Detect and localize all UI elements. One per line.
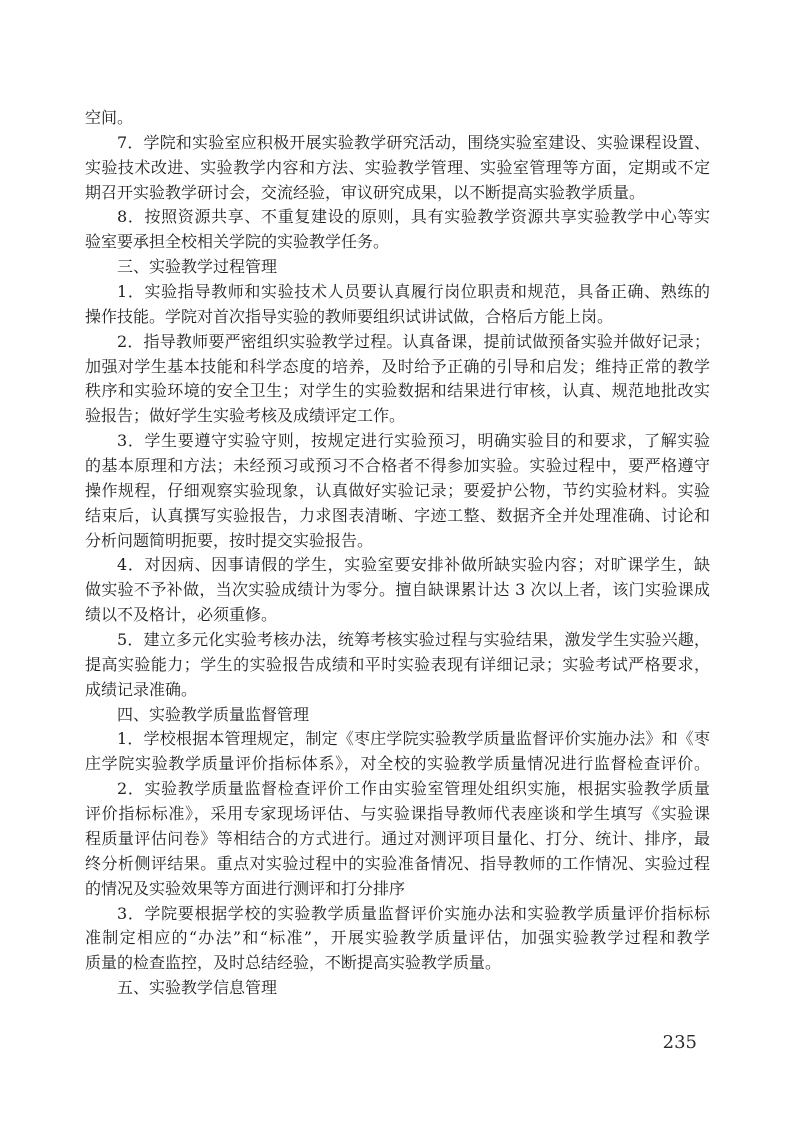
text-line: 7．学院和实验室应积极开展实验教学研究活动，围绕实验室建设、实验课程设置、 bbox=[85, 131, 710, 156]
text-line: 空间。 bbox=[85, 106, 710, 131]
text-line: 的情况及实验效果等方面进行测评和打分排序 bbox=[85, 877, 710, 902]
text-line: 4．对因病、因事请假的学生，实验室要安排补做所缺实验内容；对旷课学生，缺 bbox=[85, 553, 710, 578]
text-line: 做实验不予补做，当次实验成绩计为零分。擅自缺课累计达 3 次以上者，该门实验课成 bbox=[85, 578, 710, 603]
text-block: 空间。7．学院和实验室应积极开展实验教学研究活动，围绕实验室建设、实验课程设置、… bbox=[85, 106, 710, 1001]
text-line: 终分析侧评结果。重点对实验过程中的实验准备情况、指导教师的工作情况、实验过程 bbox=[85, 852, 710, 877]
text-line: 实验技术改进、实验教学内容和方法、实验教学管理、实验室管理等方面，定期或不定 bbox=[85, 156, 710, 181]
text-line: 庄学院实验教学质量评价指标体系》，对全校的实验教学质量情况进行监督检查评价。 bbox=[85, 752, 710, 777]
text-line: 1．学校根据本管理规定，制定《枣庄学院实验教学质量监督评价实施办法》和《枣 bbox=[85, 727, 710, 752]
text-line: 操作规程，仔细观察实验现象，认真做好实验记录；要爱护公物，节约实验材料。实验 bbox=[85, 479, 710, 504]
text-line: 四、实验教学质量监督管理 bbox=[85, 703, 710, 728]
text-line: 2．实验教学质量监督检查评价工作由实验室管理处组织实施，根据实验教学质量 bbox=[85, 777, 710, 802]
text-line: 加强对学生基本技能和科学态度的培养，及时给予正确的引导和启发；维持正常的教学 bbox=[85, 355, 710, 380]
text-line: 质量的检查监控，及时总结经验，不断提高实验教学质量。 bbox=[85, 951, 710, 976]
text-line: 操作技能。学院对首次指导实验的教师要组织试讲试做，合格后方能上岗。 bbox=[85, 305, 710, 330]
text-line: 验报告；做好学生实验考核及成绩评定工作。 bbox=[85, 404, 710, 429]
text-line: 5．建立多元化实验考核办法，统筹考核实验过程与实验结果，激发学生实验兴趣， bbox=[85, 628, 710, 653]
text-line: 2．指导教师要严密组织实验教学过程。认真备课，提前试做预备实验并做好记录； bbox=[85, 330, 710, 355]
text-line: 8．按照资源共享、不重复建设的原则，具有实验教学资源共享实验教学中心等实 bbox=[85, 205, 710, 230]
text-line: 成绩记录准确。 bbox=[85, 678, 710, 703]
text-line: 五、实验教学信息管理 bbox=[85, 976, 710, 1001]
text-line: 秩序和实验环境的安全卫生；对学生的实验数据和结果进行审核，认真、规范地批改实 bbox=[85, 379, 710, 404]
text-line: 绩以不及格计，必须重修。 bbox=[85, 603, 710, 628]
text-line: 分析问题简明扼要，按时提交实验报告。 bbox=[85, 529, 710, 554]
document-page: 空间。7．学院和实验室应积极开展实验教学研究活动，围绕实验室建设、实验课程设置、… bbox=[0, 0, 795, 1124]
page-number: 235 bbox=[663, 1033, 697, 1053]
text-line: 3．学院要根据学校的实验教学质量监督评价实施办法和实验教学质量评价指标标 bbox=[85, 902, 710, 927]
text-line: 的基本原理和方法；未经预习或预习不合格者不得参加实验。实验过程中，要严格遵守 bbox=[85, 454, 710, 479]
text-line: 验室要承担全校相关学院的实验教学任务。 bbox=[85, 230, 710, 255]
text-line: 1．实验指导教师和实验技术人员要认真履行岗位职责和规范，具备正确、熟练的 bbox=[85, 280, 710, 305]
text-line: 准制定相应的“办法”和“标准”，开展实验教学质量评估，加强实验教学过程和教学 bbox=[85, 926, 710, 951]
text-line: 程质量评估问卷》等相结合的方式进行。通过对测评项目量化、打分、统计、排序，最 bbox=[85, 827, 710, 852]
text-line: 期召开实验教学研讨会，交流经验，审议研究成果，以不断提高实验教学质量。 bbox=[85, 181, 710, 206]
text-line: 提高实验能力；学生的实验报告成绩和平时实验表现有详细记录；实验考试严格要求， bbox=[85, 653, 710, 678]
text-line: 结束后，认真撰写实验报告，力求图表清晰、字迹工整、数据齐全并处理准确、讨论和 bbox=[85, 504, 710, 529]
text-line: 评价指标标准》，采用专家现场评估、与实验课指导教师代表座谈和学生填写《实验课 bbox=[85, 802, 710, 827]
text-line: 三、实验教学过程管理 bbox=[85, 255, 710, 280]
text-line: 3．学生要遵守实验守则，按规定进行实验预习，明确实验目的和要求，了解实验 bbox=[85, 429, 710, 454]
